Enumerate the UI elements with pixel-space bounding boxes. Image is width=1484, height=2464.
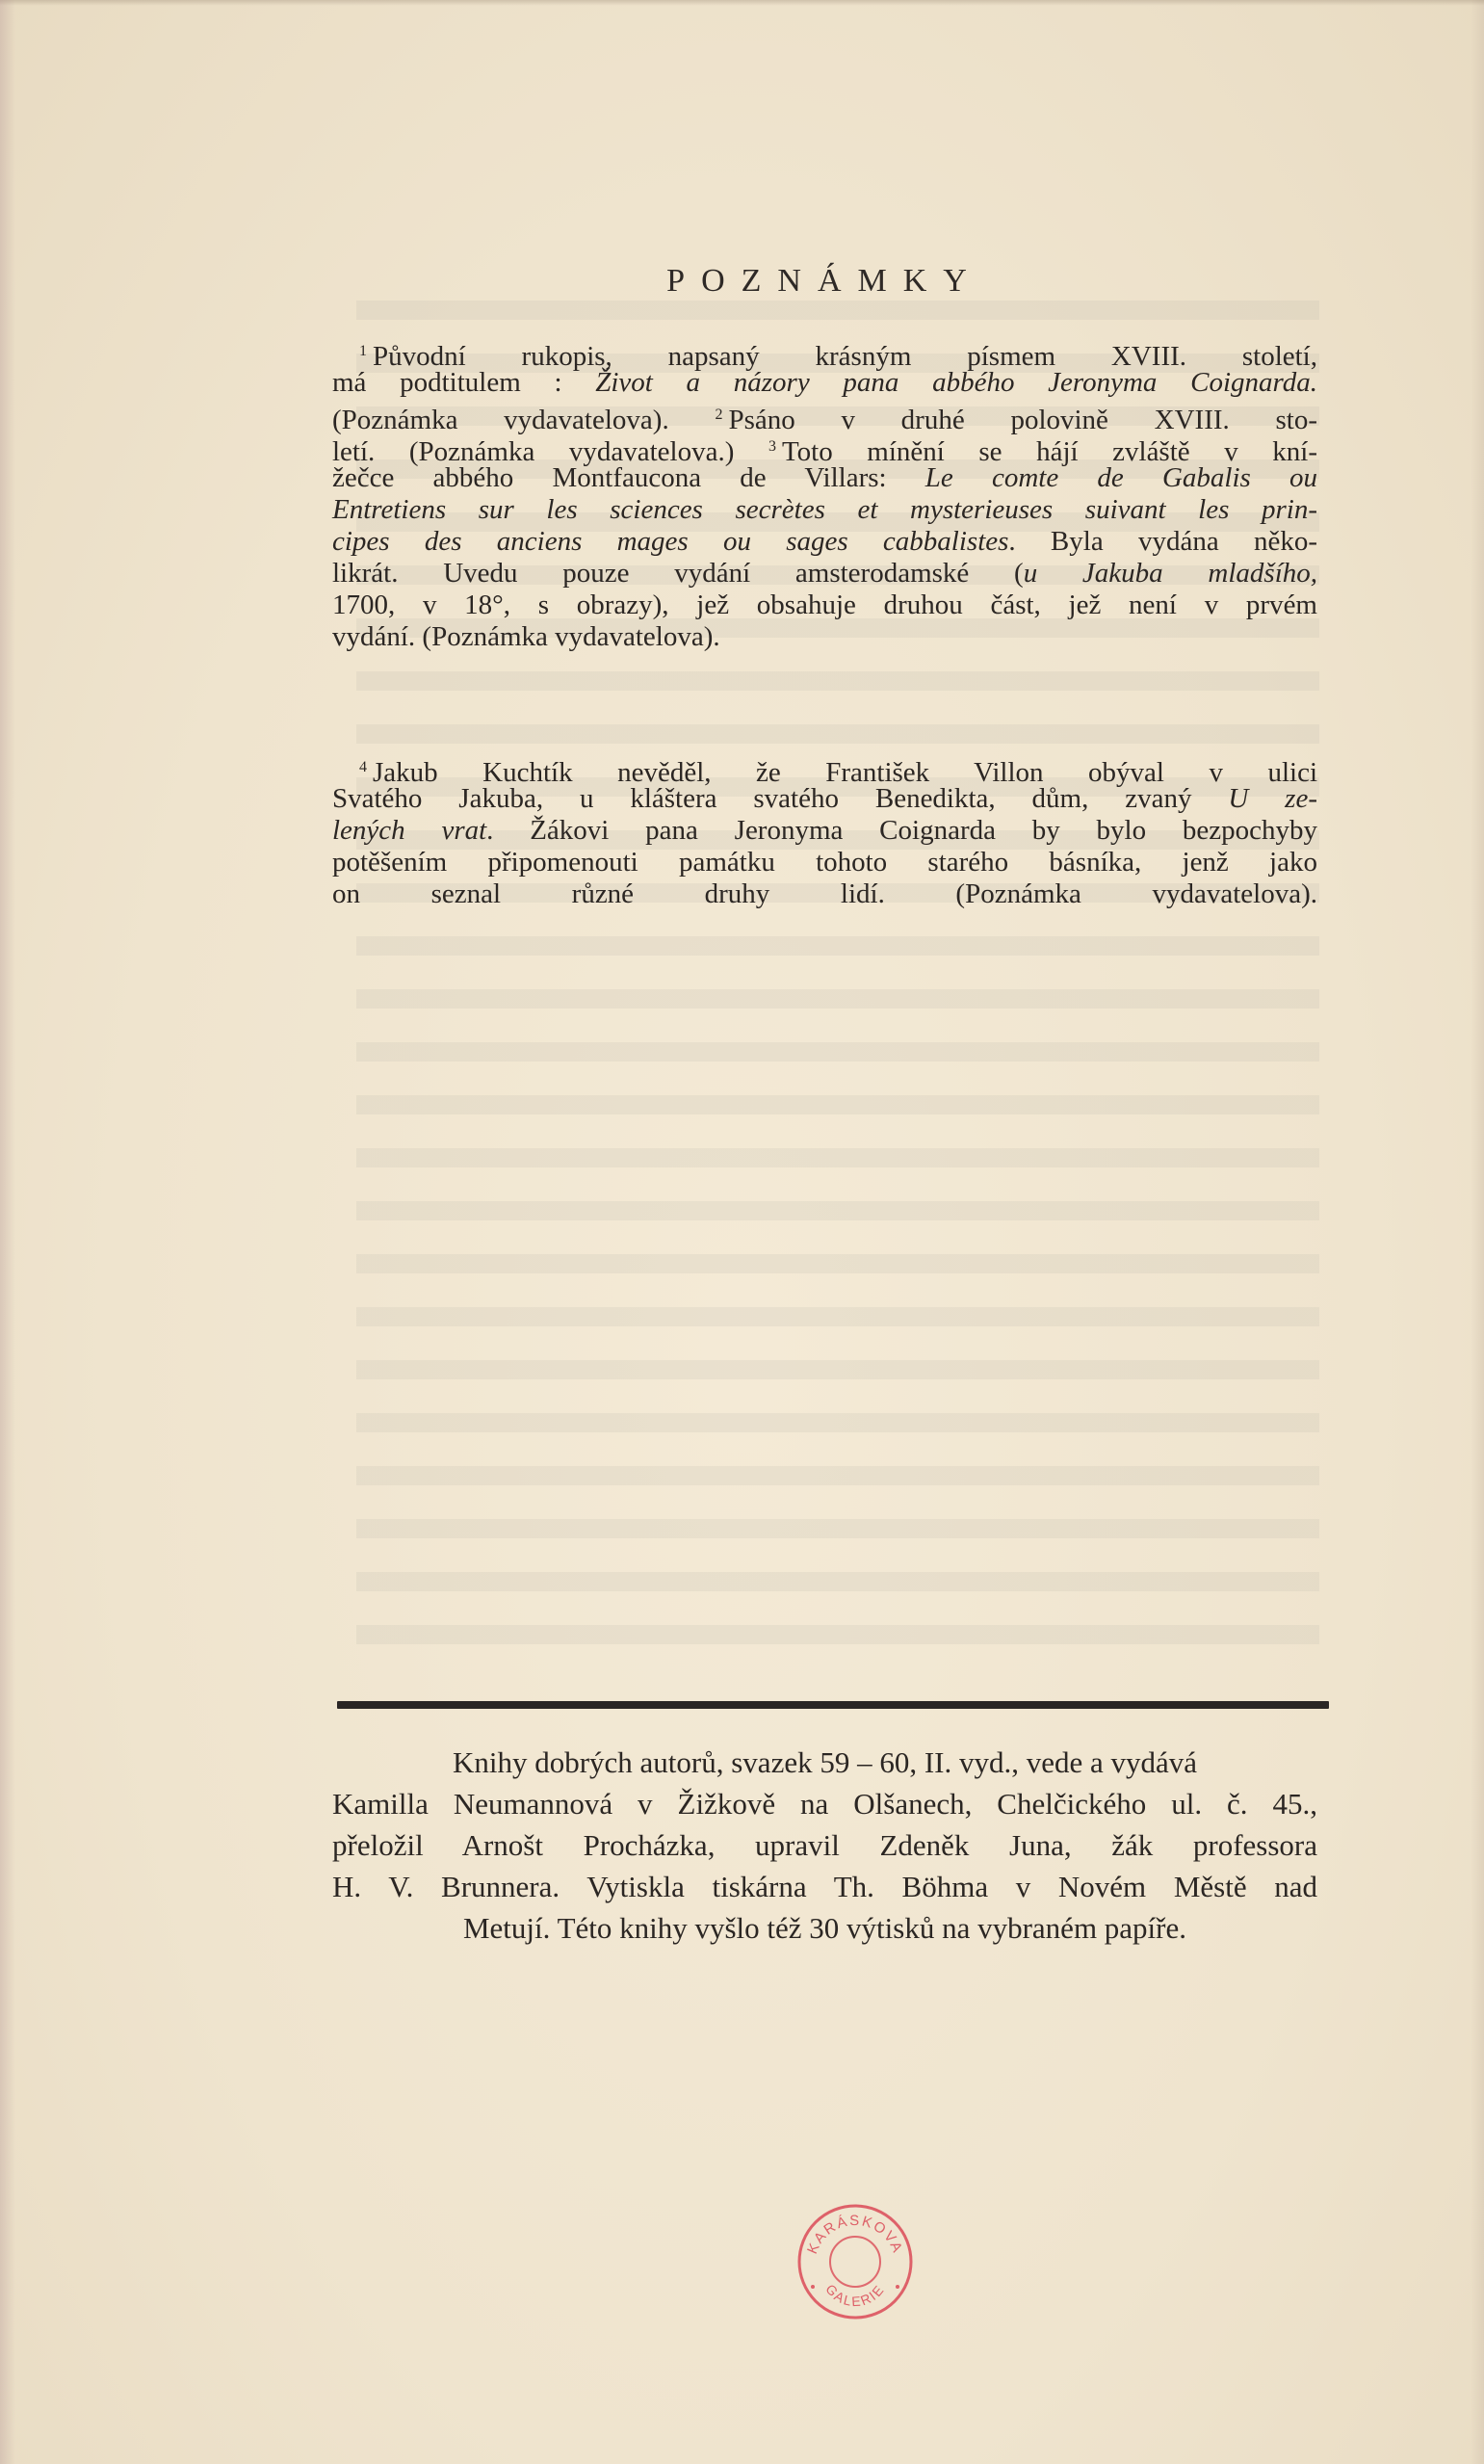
- text-line: žečce abbého Montfaucona de Villars: Le …: [332, 462, 1317, 494]
- text-segment: on seznal různé druhy lidí. (Poznámka vy…: [332, 878, 1317, 909]
- colophon-line: Kamilla Neumannová v Žižkově na Olšanech…: [332, 1783, 1317, 1824]
- notes-paragraph-1: 1Původní rukopis, napsaný krásným písmem…: [332, 335, 1317, 653]
- italic-title-text: Entretiens sur les sciences secrètes et …: [332, 494, 1317, 525]
- text-segment: Svatého Jakuba, u kláštera svatého Bened…: [332, 783, 1228, 814]
- text-segment: likrát. Uvedu pouze vydání amsterodamské…: [332, 558, 1024, 589]
- text-line: má podtitulem : Život a názory pana abbé…: [332, 367, 1317, 399]
- text-line: lených vrat. Žákovi pana Jeronyma Coigna…: [332, 815, 1317, 847]
- text-line: (Poznámka vydavatelova). 2Psáno v druhé …: [332, 399, 1317, 431]
- italic-title-text: u Jakuba mladšího,: [1024, 558, 1317, 589]
- text-segment: . Byla vydána něko-: [1008, 526, 1317, 557]
- text-line: likrát. Uvedu pouze vydání amsterodamské…: [332, 558, 1317, 590]
- stamp-bottom-text: GALERIE: [822, 2281, 887, 2309]
- footnote-marker: 1: [359, 343, 367, 359]
- italic-title-text: Le comte de Gabalis ou: [925, 462, 1317, 493]
- gallery-stamp-icon: KARÁSKOVA GALERIE: [795, 2202, 915, 2321]
- text-line: on seznal různé druhy lidí. (Poznámka vy…: [332, 878, 1317, 910]
- text-line: letí. (Poznámka vydavatelova.) 3Toto mín…: [332, 431, 1317, 462]
- italic-title-text: lených vrat: [332, 815, 486, 846]
- text-line: Entretiens sur les sciences secrètes et …: [332, 494, 1317, 526]
- footnote-marker: 2: [715, 406, 722, 423]
- svg-text:GALERIE: GALERIE: [822, 2281, 887, 2309]
- italic-title-text: U ze-: [1228, 783, 1317, 814]
- section-divider-rule: [337, 1701, 1329, 1709]
- footnote-marker: 4: [359, 759, 367, 775]
- text-line: Svatého Jakuba, u kláštera svatého Bened…: [332, 783, 1317, 815]
- stamp-circle-icon: KARÁSKOVA GALERIE: [795, 2202, 915, 2321]
- text-segment: žečce abbého Montfaucona de Villars:: [332, 462, 925, 493]
- colophon-line: Knihy dobrých autorů, svazek 59 – 60, II…: [332, 1742, 1317, 1783]
- italic-title-text: cipes des anciens mages ou sages cabbali…: [332, 526, 1008, 557]
- text-line: potěšením připomenouti památku tohoto st…: [332, 847, 1317, 878]
- text-segment: 1700, v 18°, s obrazy), jež obsahuje dru…: [332, 590, 1317, 620]
- notes-paragraph-2: 4Jakub Kuchtík nevěděl, že František Vil…: [332, 751, 1317, 910]
- book-page: POZNÁMKY 1Původní rukopis, napsaný krásn…: [0, 0, 1484, 2464]
- colophon-line: H. V. Brunnera. Vytiskla tiskárna Th. Bö…: [332, 1866, 1317, 1907]
- text-line: 1Původní rukopis, napsaný krásným písmem…: [332, 335, 1317, 367]
- text-segment: potěšením připomenouti památku tohoto st…: [332, 847, 1317, 878]
- text-line: vydání. (Poznámka vydavatelova).: [332, 621, 1317, 653]
- colophon-line: přeložil Arnošt Procházka, upravil Zdeně…: [332, 1824, 1317, 1866]
- footnote-marker: 3: [768, 438, 776, 455]
- text-line: 4Jakub Kuchtík nevěděl, že František Vil…: [332, 751, 1317, 783]
- italic-title-text: Život a názory pana abbého Jeronyma Coig…: [595, 367, 1317, 398]
- page-title: POZNÁMKY: [332, 262, 1317, 301]
- colophon: Knihy dobrých autorů, svazek 59 – 60, II…: [332, 1742, 1317, 1949]
- text-segment: . Žákovi pana Jeronyma Coignarda by bylo…: [486, 815, 1317, 846]
- text-segment: má podtitulem :: [332, 367, 595, 398]
- text-line: 1700, v 18°, s obrazy), jež obsahuje dru…: [332, 590, 1317, 621]
- text-line: cipes des anciens mages ou sages cabbali…: [332, 526, 1317, 558]
- colophon-line: Metují. Této knihy vyšlo též 30 výtisků …: [332, 1907, 1317, 1949]
- text-segment: vydání. (Poznámka vydavatelova).: [332, 621, 720, 652]
